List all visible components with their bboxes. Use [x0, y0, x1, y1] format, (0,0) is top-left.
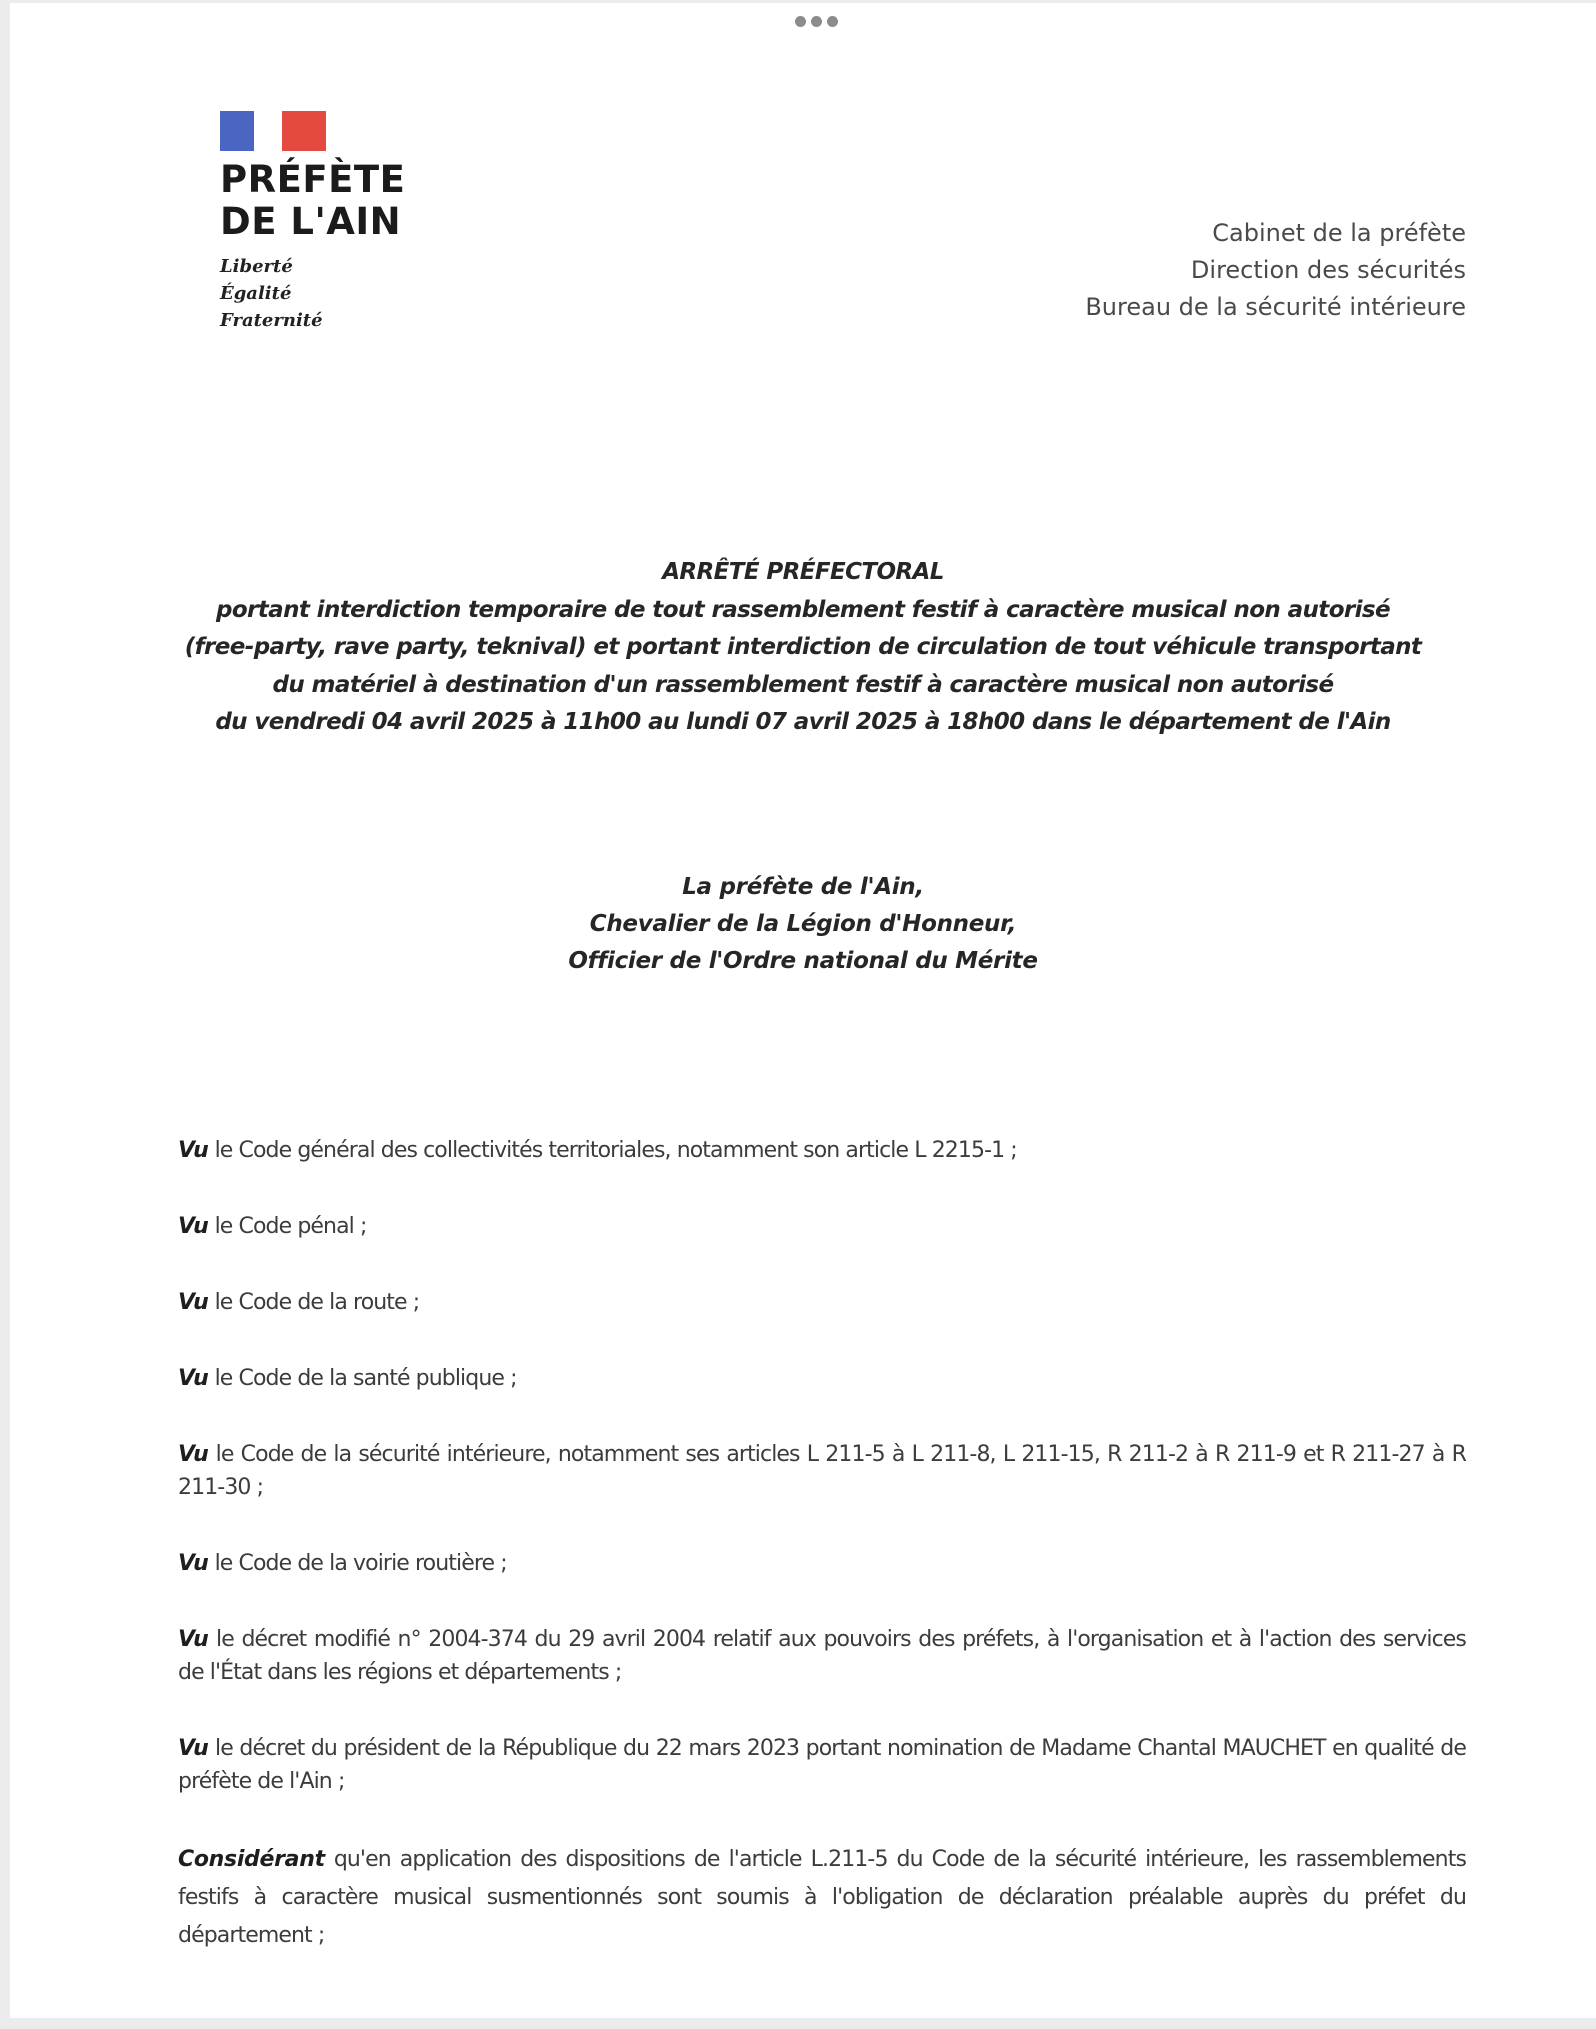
visa-text: qu'en application des dispositions de l'… [178, 1847, 1466, 1948]
visa-lead: Vu [178, 1214, 209, 1239]
service-bureau: Bureau de la sécurité intérieure [1085, 289, 1466, 326]
visa-paragraph: Vu le décret modifié n° 2004-374 du 29 a… [178, 1623, 1466, 1689]
decree-title: ARRÊTÉ PRÉFECTORAL portant interdiction … [10, 554, 1596, 742]
visa-text: le Code de la santé publique ; [209, 1366, 517, 1391]
logo-title-line1: PRÉFÈTE [220, 159, 440, 201]
visa-lead: Vu [178, 1138, 209, 1163]
visa-lead: Vu [178, 1290, 209, 1315]
decree-subject-line: (free-party, rave party, teknival) et po… [10, 629, 1596, 667]
visa-lead: Vu [178, 1627, 209, 1652]
visa-paragraph: Vu le Code général des collectivités ter… [178, 1134, 1466, 1167]
decree-period-line: du vendredi 04 avril 2025 à 11h00 au lun… [10, 704, 1596, 742]
visa-lead: Vu [178, 1442, 209, 1467]
visa-lead: Vu [178, 1366, 209, 1391]
decree-subject-line: portant interdiction temporaire de tout … [10, 592, 1596, 630]
service-cabinet: Cabinet de la préfète [1085, 215, 1466, 252]
visa-lead: Vu [178, 1551, 209, 1576]
signatory-merit: Officier de l'Ordre national du Mérite [10, 943, 1596, 980]
visa-lead: Vu [178, 1736, 209, 1761]
decree-subject-line: du matériel à destination d'un rassemble… [10, 667, 1596, 705]
republic-motto: Liberté Égalité Fraternité [220, 253, 440, 334]
signatory-title: La préfète de l'Ain, [10, 869, 1596, 906]
prefecture-logo: PRÉFÈTE DE L'AIN Liberté Égalité Fratern… [220, 111, 440, 334]
logo-title-line2: DE L'AIN [220, 201, 440, 243]
considerant-paragraph: Considérant qu'en application des dispos… [178, 1841, 1466, 1955]
more-options-icon[interactable] [795, 16, 838, 28]
visa-paragraph: Vu le Code de la voirie routière ; [178, 1547, 1466, 1580]
motto-liberte: Liberté [220, 253, 440, 280]
visa-text: le Code pénal ; [209, 1214, 367, 1239]
visa-text: le décret modifié n° 2004-374 du 29 avri… [178, 1627, 1466, 1685]
visa-text: le Code général des collectivités territ… [209, 1138, 1017, 1163]
visa-paragraph: Vu le Code pénal ; [178, 1210, 1466, 1243]
motto-fraternite: Fraternité [220, 307, 440, 334]
document-page: PRÉFÈTE DE L'AIN Liberté Égalité Fratern… [10, 3, 1596, 2018]
dot [827, 16, 838, 27]
visa-lead: Considérant [178, 1847, 325, 1872]
dot [811, 16, 822, 27]
visa-paragraph: Vu le décret du président de la Républiq… [178, 1732, 1466, 1798]
motto-egalite: Égalité [220, 280, 440, 307]
signatory-honour: Chevalier de la Légion d'Honneur, [10, 906, 1596, 943]
visa-text: le décret du président de la République … [178, 1736, 1466, 1794]
visa-paragraph: Vu le Code de la route ; [178, 1286, 1466, 1319]
decree-heading: ARRÊTÉ PRÉFECTORAL [10, 554, 1596, 592]
visas-list: Vu le Code général des collectivités ter… [178, 1134, 1466, 1998]
logo-title: PRÉFÈTE DE L'AIN [220, 159, 440, 243]
visa-text: le Code de la voirie routière ; [209, 1551, 507, 1576]
service-direction: Direction des sécurités [1085, 252, 1466, 289]
issuing-service: Cabinet de la préfète Direction des sécu… [1085, 215, 1466, 326]
signatory-block: La préfète de l'Ain, Chevalier de la Lég… [10, 869, 1596, 980]
visa-paragraph: Vu le Code de la santé publique ; [178, 1362, 1466, 1395]
visa-text: le Code de la route ; [209, 1290, 420, 1315]
marianne-flag-icon [220, 111, 326, 151]
visa-paragraph: Vu le Code de la sécurité intérieure, no… [178, 1438, 1466, 1504]
dot [795, 16, 806, 27]
visa-text: le Code de la sécurité intérieure, notam… [178, 1442, 1466, 1500]
